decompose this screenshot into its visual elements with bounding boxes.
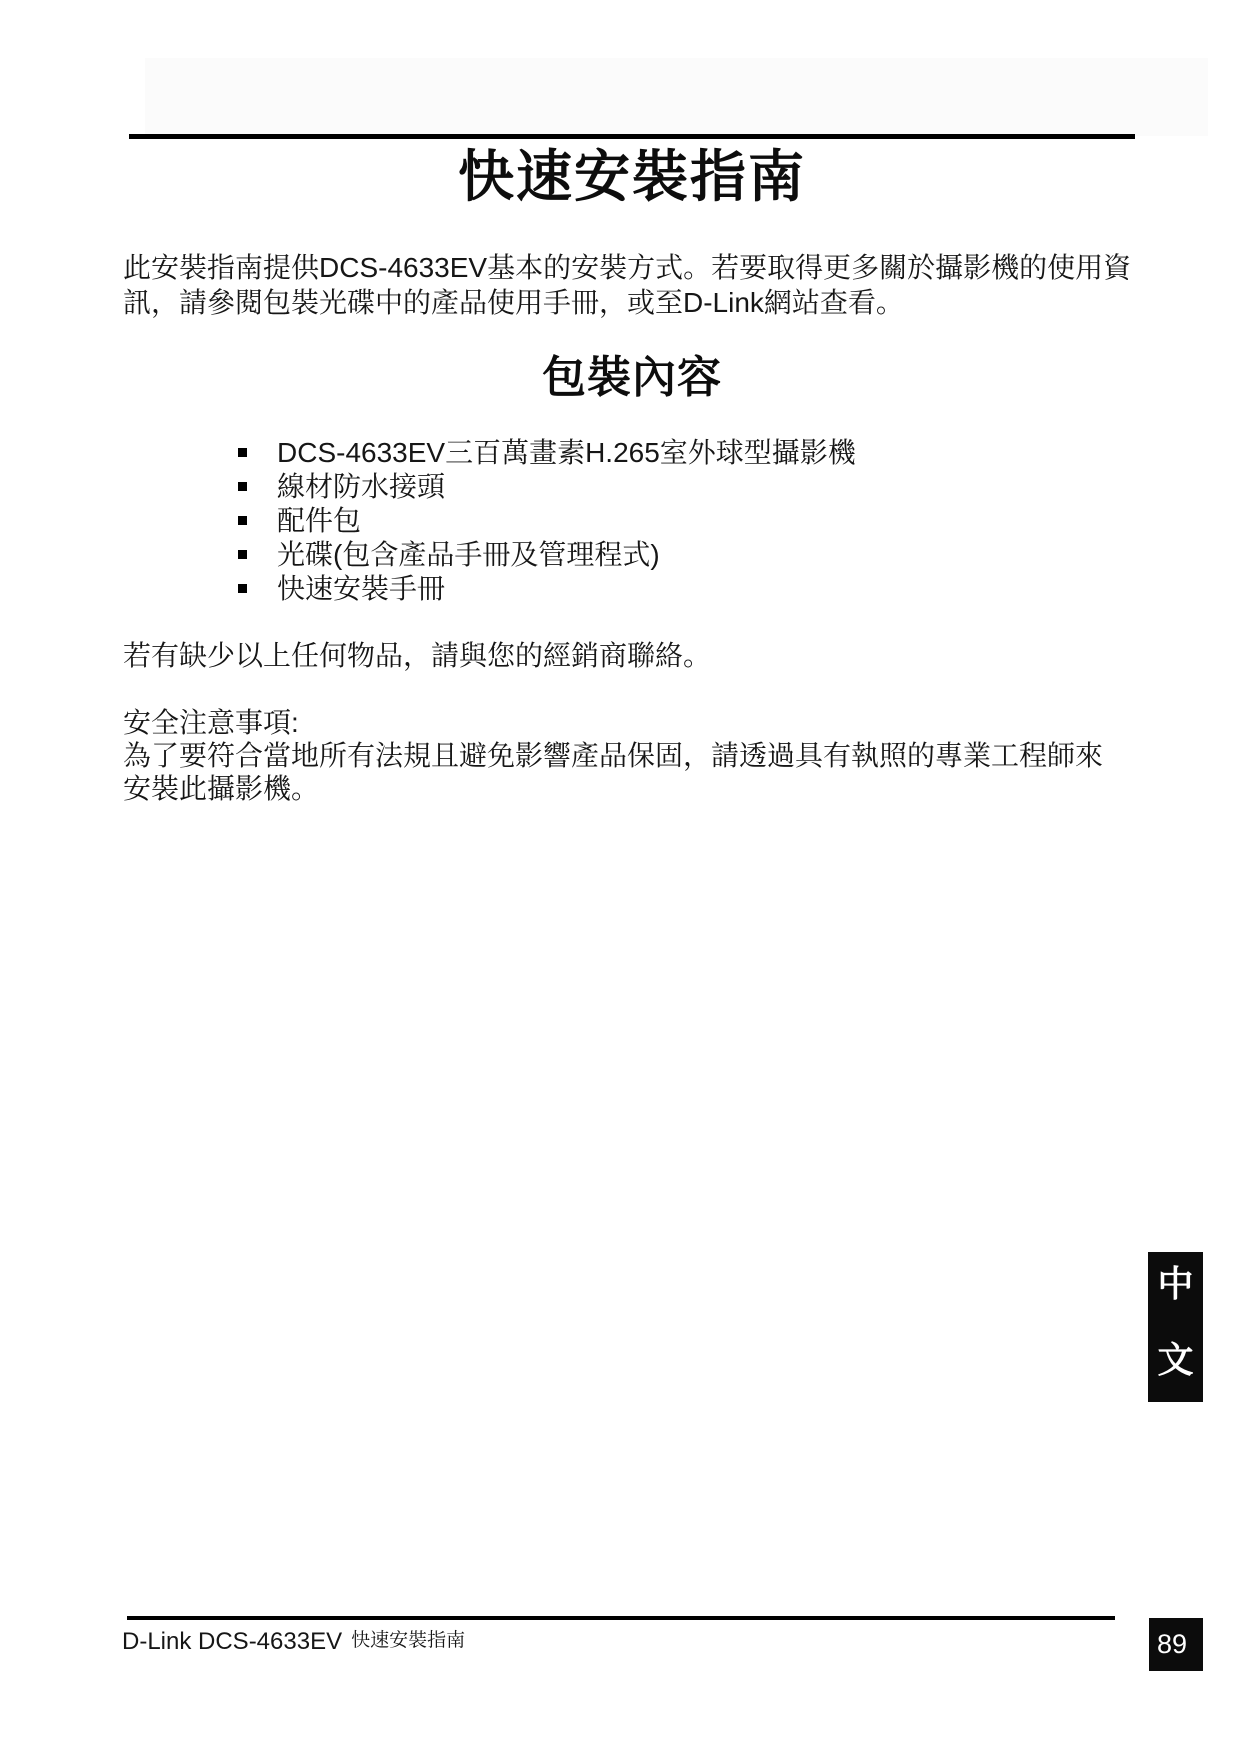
list-item-label: 快速安裝手冊 [277, 573, 445, 605]
missing-items-note: 若有缺少以上任何物品，請與您的經銷商聯絡。 [123, 638, 711, 673]
footer-doc-label: 快速安裝指南 [351, 1625, 465, 1652]
footer-rule [127, 1616, 1115, 1620]
list-item-label: 配件包 [277, 505, 361, 537]
footer: D-Link DCS-4633EV 快速安裝指南 [122, 1628, 465, 1656]
list-item: DCS-4633EV三百萬畫素H.265室外球型攝影機 [238, 437, 856, 471]
footer-model-label: D-Link DCS-4633EV [122, 1628, 342, 1656]
safety-line-1: 為了要符合當地所有法規且避免影響產品保固，請透過具有執照的專業工程師來 [123, 739, 1103, 772]
list-item: 光碟(包含產品手冊及管理程式) [238, 539, 856, 573]
list-item: 快速安裝手冊 [238, 573, 856, 607]
bullet-square-icon [238, 516, 247, 525]
safety-heading: 安全注意事項: [123, 706, 1103, 739]
list-item-label: 光碟(包含產品手冊及管理程式) [277, 539, 660, 571]
list-item: 線材防水接頭 [238, 471, 856, 505]
intro-line-1: 此安裝指南提供DCS-4633EV基本的安裝方式。若要取得更多關於攝影機的使用資 [123, 250, 1163, 285]
language-tab-char-2: 文 [1157, 1340, 1193, 1380]
page-number-badge: 89 [1149, 1618, 1203, 1671]
language-tab-char-1: 中 [1157, 1264, 1193, 1304]
bullet-square-icon [238, 550, 247, 559]
intro-line-2: 訊，請參閱包裝光碟中的產品使用手冊，或至D-Link網站查看。 [123, 285, 1163, 320]
language-tab-chinese: 中 文 [1148, 1252, 1203, 1402]
intro-paragraph: 此安裝指南提供DCS-4633EV基本的安裝方式。若要取得更多關於攝影機的使用資… [123, 250, 1163, 320]
list-item-label: 線材防水接頭 [277, 471, 445, 503]
bullet-square-icon [238, 482, 247, 491]
package-contents-list: DCS-4633EV三百萬畫素H.265室外球型攝影機 線材防水接頭 配件包 光… [238, 437, 856, 607]
list-item-label: DCS-4633EV三百萬畫素H.265室外球型攝影機 [277, 437, 856, 469]
safety-notice: 安全注意事項: 為了要符合當地所有法規且避免影響產品保固，請透過具有執照的專業工… [123, 706, 1103, 805]
header-rule [129, 134, 1135, 139]
section-heading-package-contents: 包裝內容 [129, 352, 1135, 404]
page-number-value: 89 [1157, 1631, 1187, 1658]
safety-line-2: 安裝此攝影機。 [123, 772, 1103, 805]
document-page: 快速安裝指南 此安裝指南提供DCS-4633EV基本的安裝方式。若要取得更多關於… [0, 0, 1241, 1754]
bullet-square-icon [238, 584, 247, 593]
page-title: 快速安裝指南 [129, 147, 1135, 207]
bullet-square-icon [238, 448, 247, 457]
list-item: 配件包 [238, 505, 856, 539]
scan-artifact-band [145, 58, 1208, 136]
